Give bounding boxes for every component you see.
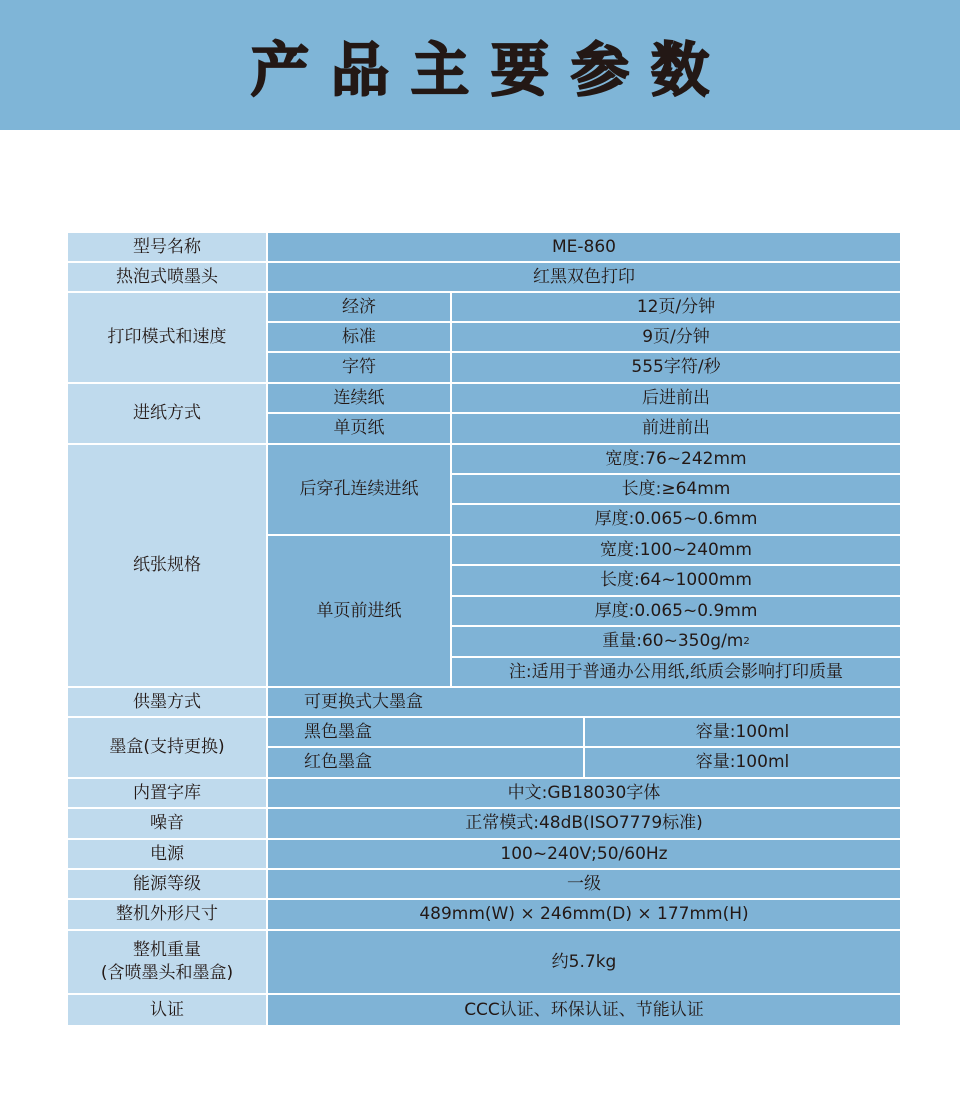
label-weight-line2: (含喷墨头和墨盒) (101, 962, 233, 985)
paper-continuous-length: 长度:≥64mm (452, 475, 902, 505)
paper-single-label: 单页前进纸 (268, 536, 452, 688)
value-weight: 约5.7kg (268, 931, 902, 995)
print-speed-economy: 12页/分钟 (452, 293, 902, 323)
label-cert: 认证 (68, 995, 268, 1025)
feed-continuous: 连续纸 (268, 384, 452, 414)
paper-note: 注:适用于普通办公用纸,纸质会影响打印质量 (452, 658, 902, 688)
label-print-mode: 打印模式和速度 (68, 293, 268, 384)
value-power: 100~240V;50/60Hz (268, 840, 902, 870)
paper-single-thickness: 厚度:0.065~0.9mm (452, 597, 902, 627)
print-mode-economy: 经济 (268, 293, 452, 323)
label-head: 热泡式喷墨头 (68, 263, 268, 293)
print-mode-standard: 标准 (268, 323, 452, 353)
cartridge-black-capacity: 容量:100ml (585, 718, 902, 748)
cartridge-red: 红色墨盒 (268, 748, 585, 779)
print-speed-character: 555字符/秒 (452, 353, 902, 384)
label-feed: 进纸方式 (68, 384, 268, 445)
label-model: 型号名称 (68, 233, 268, 263)
label-power: 电源 (68, 840, 268, 870)
value-font: 中文:GB18030字体 (268, 779, 902, 809)
label-size: 整机外形尺寸 (68, 900, 268, 931)
feed-single: 单页纸 (268, 414, 452, 445)
feed-continuous-value: 后进前出 (452, 384, 902, 414)
paper-single-width: 宽度:100~240mm (452, 536, 902, 566)
value-size: 489mm(W) × 246mm(D) × 177mm(H) (268, 900, 902, 931)
value-energy: 一级 (268, 870, 902, 900)
title-banner: 产品主要参数 (0, 0, 960, 130)
paper-continuous-thickness: 厚度:0.065~0.6mm (452, 505, 902, 536)
value-model: ME-860 (268, 233, 902, 263)
label-weight: 整机重量 (含喷墨头和墨盒) (68, 931, 268, 995)
value-ink-supply: 可更换式大墨盒 (268, 688, 902, 718)
label-paper: 纸张规格 (68, 445, 268, 688)
label-cartridge: 墨盒(支持更换) (68, 718, 268, 779)
label-energy: 能源等级 (68, 870, 268, 900)
paper-continuous-label: 后穿孔连续进纸 (268, 445, 452, 536)
page-title: 产品主要参数 (229, 23, 731, 107)
paper-weight-text: 重量:60~350g/m (602, 630, 743, 653)
label-noise: 噪音 (68, 809, 268, 840)
paper-continuous-width: 宽度:76~242mm (452, 445, 902, 475)
value-cert: CCC认证、环保认证、节能认证 (268, 995, 902, 1025)
print-mode-character: 字符 (268, 353, 452, 384)
paper-single-length: 长度:64~1000mm (452, 566, 902, 597)
label-ink-supply: 供墨方式 (68, 688, 268, 718)
print-speed-standard: 9页/分钟 (452, 323, 902, 353)
cartridge-red-capacity: 容量:100ml (585, 748, 902, 779)
cartridge-black: 黑色墨盒 (268, 718, 585, 748)
paper-single-weight: 重量:60~350g/m2 (452, 627, 902, 658)
label-font: 内置字库 (68, 779, 268, 809)
superscript: 2 (743, 635, 749, 649)
value-head: 红黑双色打印 (268, 263, 902, 293)
value-noise: 正常模式:48dB(ISO7779标准) (268, 809, 902, 840)
label-weight-line1: 整机重量 (133, 939, 201, 962)
feed-single-value: 前进前出 (452, 414, 902, 445)
